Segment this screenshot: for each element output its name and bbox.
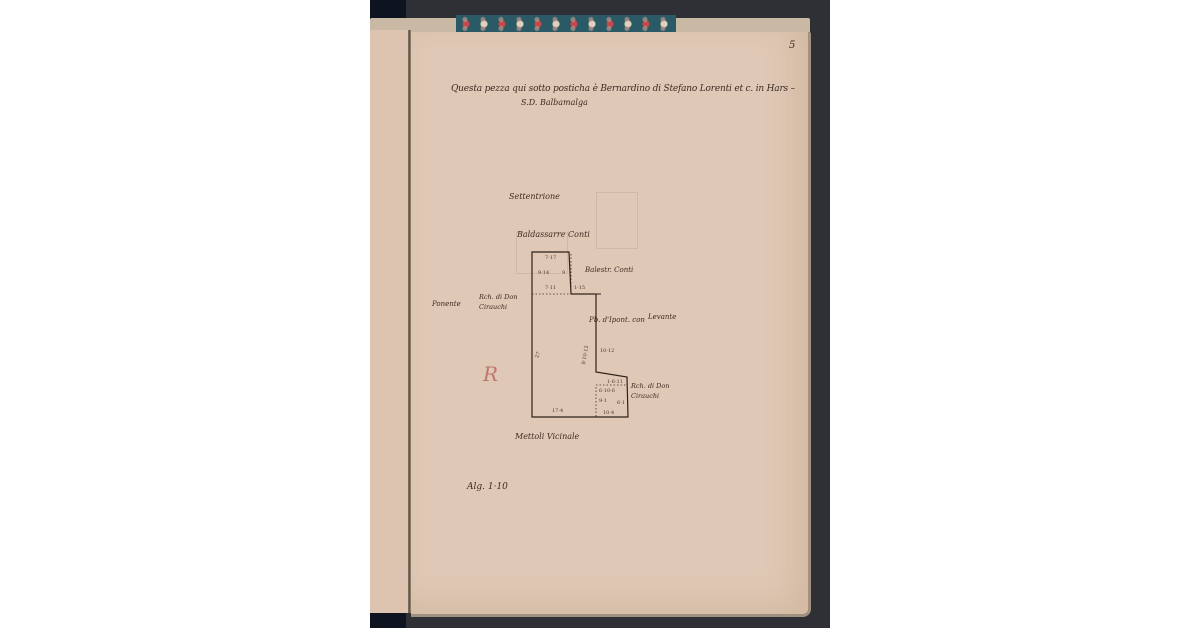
manuscript-page: 5 Questa pezza qui sotto posticha è Bern… bbox=[411, 32, 811, 617]
marbled-pattern bbox=[456, 15, 676, 33]
measure-lower-step: 1·6·11 bbox=[607, 379, 623, 385]
measure-step: 1·15 bbox=[574, 285, 585, 291]
measure-upper-right: 9 bbox=[562, 270, 565, 276]
left-page-edge bbox=[370, 30, 410, 613]
measure-lower-left: 9·1 bbox=[599, 398, 607, 404]
measure-bottom-left: 17·4 bbox=[552, 408, 563, 414]
measure-upper-cross: 7·11 bbox=[545, 285, 556, 291]
measure-upper-width: 9·14 bbox=[538, 270, 549, 276]
measure-lower-width: 6·10·6 bbox=[599, 388, 615, 394]
measure-lower-right: 6·1 bbox=[617, 400, 625, 406]
manuscript-scan: 5 Questa pezza qui sotto posticha è Bern… bbox=[370, 0, 830, 628]
measure-top: 7·17 bbox=[545, 255, 556, 261]
land-plot-plan bbox=[411, 32, 808, 614]
measure-bottom-right: 10·4 bbox=[603, 410, 614, 416]
margin-red-mark: R bbox=[483, 362, 498, 386]
measure-right: 10·12 bbox=[600, 348, 614, 354]
signature: Alg. 1·10 bbox=[467, 482, 508, 492]
